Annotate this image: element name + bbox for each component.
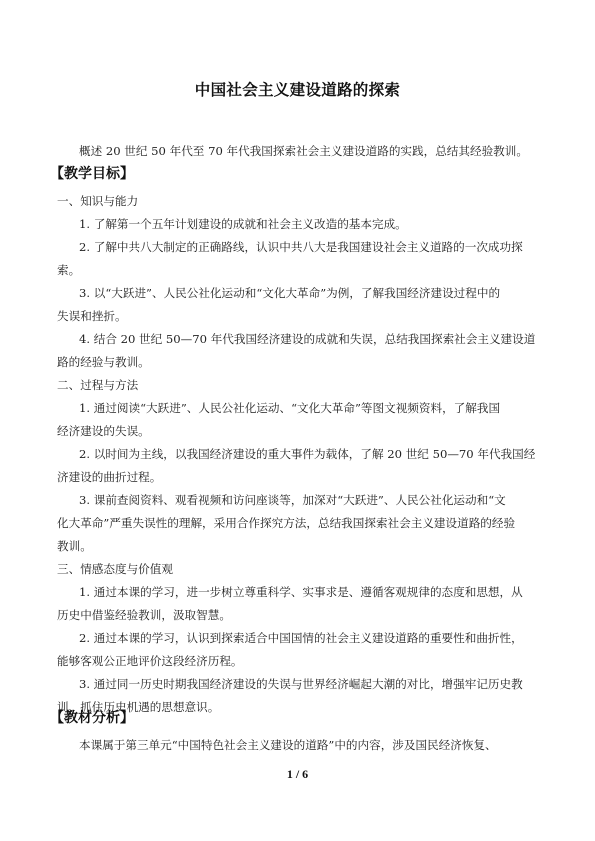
goal-2-2-cont: 济建设的曲折过程。 (57, 470, 547, 484)
goal-2-1-cont: 经济建设的失误。 (57, 424, 547, 438)
goal-3-2: 2. 通过本课的学习，认识到探索适合中国国情的社会主义建设道路的重要性和曲折性， (79, 631, 547, 645)
goal-3-2-cont: 能够客观公正地评价这段经济历程。 (57, 654, 547, 668)
intro-paragraph: 概述 20 世纪 50 年代至 70 年代我国探索社会主义建设道路的实践，总结其… (79, 144, 547, 158)
goal-2-3: 3. 课前查阅资料、观看视频和访问座谈等，加深对“大跃进”、人民公社化运动和“文 (79, 493, 547, 507)
textbook-analysis-paragraph: 本课属于第三单元“中国特色社会主义建设的道路”中的内容，涉及国民经济恢复、 (79, 738, 547, 752)
goal-1-2: 2. 了解中共八大制定的正确路线，认识中共八大是我国建设社会主义道路的一次成功探 (79, 240, 547, 254)
subheading-attitude-values: 三、情感态度与价值观 (57, 562, 547, 576)
goal-1-2-cont: 索。 (57, 263, 547, 277)
section-heading-textbook-analysis: 【教材分析】 (50, 707, 134, 727)
goal-3-1: 1. 通过本课的学习，进一步树立尊重科学、实事求是、遵循客观规律的态度和思想，从 (79, 585, 547, 599)
goal-1-1: 1. 了解第一个五年计划建设的成就和社会主义改造的基本完成。 (79, 217, 547, 231)
goal-3-1-cont: 历史中借鉴经验教训，汲取智慧。 (57, 608, 547, 622)
subheading-knowledge-ability: 一、知识与能力 (57, 194, 547, 208)
goal-1-4: 4. 结合 20 世纪 50—70 年代我国经济建设的成就和失误，总结我国探索社… (79, 332, 547, 346)
document-page: 中国社会主义建设道路的探索 概述 20 世纪 50 年代至 70 年代我国探索社… (0, 0, 595, 841)
goal-1-3: 3. 以“大跃进”、人民公社化运动和“文化大革命”为例，了解我国经济建设过程中的 (79, 286, 547, 300)
goal-1-3-cont: 失误和挫折。 (57, 309, 547, 323)
goal-3-3: 3. 通过同一历史时期我国经济建设的失误与世界经济崛起大潮的对比，增强牢记历史教 (79, 677, 547, 691)
document-title: 中国社会主义建设道路的探索 (0, 78, 595, 100)
goal-2-3-cont: 化大革命”严重失误性的理解，采用合作探究方法，总结我国探索社会主义建设道路的经验 (57, 516, 547, 530)
section-heading-teaching-goals: 【教学目标】 (50, 163, 134, 183)
page-number: 1 / 6 (0, 767, 595, 782)
goal-1-4-cont: 路的经验与教训。 (57, 355, 547, 369)
goal-2-1: 1. 通过阅读“大跃进”、人民公社化运动、“文化大革命”等图文视频资料，了解我国 (79, 401, 547, 415)
subheading-process-method: 二、过程与方法 (57, 378, 547, 392)
goal-2-3-cont2: 教训。 (57, 539, 547, 553)
goal-2-2: 2. 以时间为主线，以我国经济建设的重大事件为载体，了解 20 世纪 50—70… (79, 447, 547, 461)
